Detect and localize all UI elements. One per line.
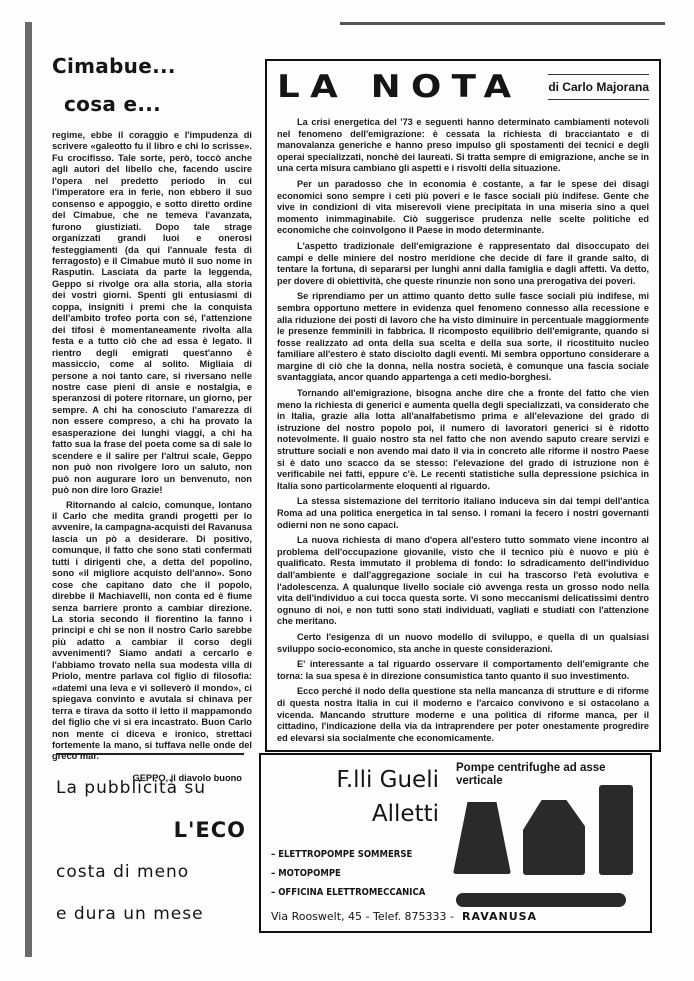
eco-advertisement: La pubblicità su L'ECO costa di meno e d… (56, 778, 246, 924)
article-paragraph: regime, ebbe il coraggio e l'impudenza d… (52, 130, 252, 497)
la-nota-article: LA NOTA di Carlo Majorana La crisi energ… (265, 59, 661, 752)
nota-paragraph: Certo l'esigenza di un nuovo modello di … (277, 632, 649, 655)
nota-paragraph: Per un paradosso che in economia è costa… (277, 179, 649, 237)
nota-title: LA NOTA (277, 69, 521, 105)
article-subheadline: cosa e... (64, 92, 252, 116)
nota-paragraph: Ecco perché il nodo della questione sta … (277, 686, 649, 744)
nota-byline: di Carlo Majorana (548, 74, 649, 100)
article-paragraph: Ritornando al calcio, comunque, lontano … (52, 500, 252, 763)
service-item: – ELETTROPOMPE SOMMERSE (271, 845, 425, 864)
article-body: regime, ebbe il coraggio e l'impudenza d… (52, 130, 252, 763)
nota-paragraph: E' interessante a tal riguardo osservare… (277, 659, 649, 682)
nota-paragraph: Se riprendiamo per un attimo quanto dett… (277, 291, 649, 384)
eco-ad-line: e dura un mese (56, 904, 246, 924)
nota-paragraph: La crisi energetica del '73 e seguenti h… (277, 117, 649, 175)
eco-ad-line: costa di meno (56, 862, 246, 882)
page-margin-bar (25, 22, 32, 957)
services-list: – ELETTROPOMPE SOMMERSE – MOTOPOMPE – OF… (271, 845, 453, 902)
cimabue-article: Cimabue... cosa e... regime, ebbe il cor… (52, 50, 252, 783)
company-name-line: Alletti (309, 797, 439, 831)
nota-header: LA NOTA di Carlo Majorana (277, 61, 649, 113)
pump-image-icon (453, 802, 511, 874)
gueli-advertisement: F.lli Gueli Alletti Pompe centrifughe ad… (259, 753, 652, 933)
service-item: – OFFICINA ELETTROMECCANICA (271, 883, 425, 902)
pump-image-icon (523, 800, 585, 875)
top-rule (340, 22, 665, 25)
nota-paragraph: Tornando all'emigrazione, bisogna anche … (277, 388, 649, 492)
pump-shaft-image-icon (456, 893, 626, 907)
address-text: Via Rooswelt, 45 - Telef. 875333 - (271, 910, 454, 923)
nota-body: La crisi energetica del '73 e seguenti h… (277, 117, 649, 744)
nota-paragraph: La stessa sistemazione del territorio it… (277, 496, 649, 531)
town-name: RAVANUSA (462, 910, 537, 923)
eco-ad-line: La pubblicità su (56, 778, 246, 798)
article-headline: Cimabue... (52, 54, 252, 78)
service-item: – MOTOPOMPE (271, 864, 425, 883)
nota-paragraph: La nuova richiesta di mano d'opera all'e… (277, 535, 649, 628)
company-name: F.lli Gueli Alletti (309, 763, 439, 831)
nota-paragraph: L'aspetto tradizionale dell'emigrazione … (277, 241, 649, 287)
company-name-line: F.lli Gueli (309, 763, 439, 797)
pump-image-icon (599, 785, 633, 875)
company-address: Via Rooswelt, 45 - Telef. 875333 -RAVANU… (271, 910, 537, 923)
eco-brand-logo: L'ECO (56, 818, 246, 842)
column-divider (56, 753, 244, 755)
